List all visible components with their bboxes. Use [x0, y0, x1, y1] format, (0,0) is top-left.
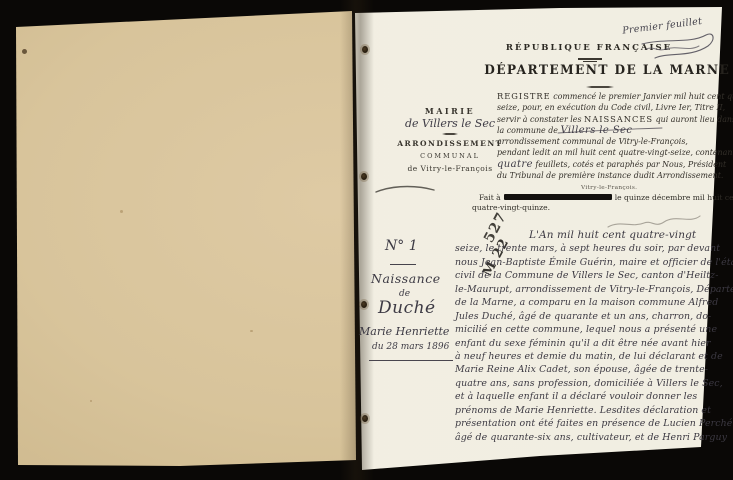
registre-line: du Tribunal de première instance dudit A…: [497, 170, 729, 181]
paper-blemish: [250, 330, 253, 332]
paper-blemish: [90, 400, 92, 402]
mairie-side-block: MAIRIE de Villers le Sec ARRONDISSEMENT …: [388, 106, 512, 173]
register-scan: Premier feuillet RÉPUBLIQUE FRANÇAISE DÉ…: [0, 0, 733, 480]
registre-line: REGISTRE commencé le premier Janvier mil…: [497, 91, 729, 102]
act-line: quatre ans, sans profession, domiciliée …: [455, 377, 725, 390]
fait-place-printed: Vitry-le-François.: [581, 185, 637, 191]
binding-gutter: [340, 0, 374, 480]
mairie-commune-handwritten: de Villers le Sec: [388, 117, 512, 130]
act-line: présentation ont été faites en présence …: [455, 417, 725, 430]
act-line: enfant du sexe féminin qu'il a dit être …: [455, 337, 725, 350]
binding-hole: [361, 173, 367, 180]
side-ornament: [442, 133, 458, 135]
fait-line: quatre-vingt-quinze.: [472, 203, 550, 212]
arrondissement-label: ARRONDISSEMENT: [388, 139, 512, 148]
act-line: Marie Reine Alix Cadet, son épouse, âgée…: [455, 363, 725, 376]
commune-handwritten: Villers le Sec: [560, 125, 632, 136]
registre-line: quatre feuillets, cotés et paraphés par …: [497, 159, 729, 170]
binding-hole: [362, 415, 368, 422]
act-line: âgé de quarante-six ans, cultivateur, et…: [455, 431, 725, 444]
mairie-label: MAIRIE: [388, 106, 512, 116]
act-type: Naissance: [371, 271, 441, 286]
act-body-handwritten: L'An mil huit cent quatre-vingt seize, l…: [455, 229, 725, 444]
margin-rule: [369, 360, 453, 361]
registre-word: REGISTRE: [497, 91, 551, 101]
registre-line: pendant ledit an mil huit cent quatre-vi…: [497, 147, 729, 158]
act-line: de la Marne, a comparu en la maison comm…: [455, 296, 725, 309]
binding-hole: [362, 46, 368, 53]
arrondissement-value: de Vitry-le-François: [388, 164, 512, 173]
act-line: nous Jean-Baptiste Émile Guérin, maire e…: [455, 256, 725, 269]
paper-blemish: [120, 210, 123, 213]
paper-blemish: [22, 49, 27, 54]
registre-line: arrondissement communal de Vitry-le-Fran…: [497, 136, 729, 147]
act-line: L'An mil huit cent quatre-vingt: [455, 229, 725, 242]
departement-heading: DÉPARTEMENT DE LA MARNE: [484, 63, 710, 78]
communal-label: COMMUNAL: [388, 152, 512, 160]
act-number: N° 1: [385, 238, 418, 254]
binding-hole: [361, 301, 367, 308]
heading-ornament: [586, 86, 614, 88]
registre-line: seize, pour, en exécution du Code civil,…: [497, 102, 729, 113]
act-line: Jules Duché, âgé de quarante et un ans, …: [455, 310, 725, 323]
registre-opening-paragraph: REGISTRE commencé le premier Janvier mil…: [497, 91, 729, 181]
registre-line: servir à constater les NAISSANCES qui au…: [497, 114, 729, 125]
act-line: seize, le trente mars, à sept heures du …: [455, 242, 725, 255]
act-line: à neuf heures et demie du matin, de lui …: [455, 350, 725, 363]
republique-heading: RÉPUBLIQUE FRANÇAISE: [489, 43, 689, 53]
registre-line: la commune de Villers le Sec: [497, 125, 729, 136]
act-line: prénoms de Marie Henriette. Lesdites déc…: [455, 404, 725, 417]
fait-line: Fait àle quinze décembre mil huit cent: [479, 193, 733, 202]
heading-rule: [578, 58, 602, 60]
act-line: et à laquelle enfant il a déclaré vouloi…: [455, 390, 725, 403]
naissances-word: NAISSANCES: [584, 114, 653, 124]
heading-rule: [583, 61, 597, 62]
act-firstnames: Marie Henriette: [359, 325, 449, 338]
act-line: le-Maurupt, arrondissement de Vitry-le-F…: [455, 283, 725, 296]
act-date: du 28 mars 1896: [372, 342, 449, 352]
redaction-mark: [504, 194, 612, 200]
act-line: civil de la Commune de Villers le Sec, c…: [455, 269, 725, 282]
margin-rule: [390, 264, 416, 265]
act-surname: Duché: [378, 298, 436, 318]
act-line: micilié en cette commune, lequel nous a …: [455, 323, 725, 336]
